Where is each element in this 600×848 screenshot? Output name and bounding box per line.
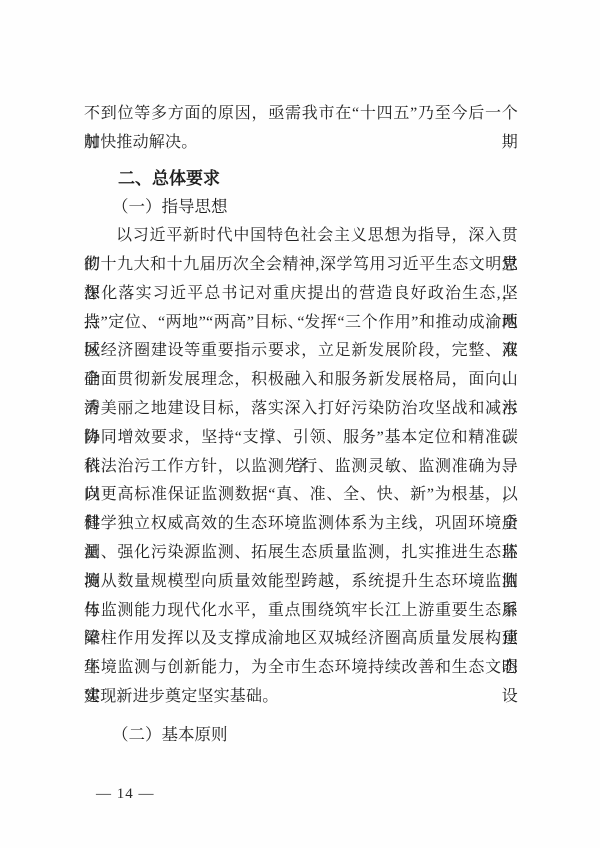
text-line: 与监测能力现代化水平，重点围绕筑牢长江上游重要生态屏障顶 xyxy=(84,597,518,626)
text-line: 测、强化污染源监测、拓展生态质量监测，扎实推进生态环境监 xyxy=(84,539,518,568)
text-line: 测从数量规模型向质量效能型跨越，系统提升生态环境监测体系 xyxy=(84,568,518,597)
text-line: 秀美丽之地建设目标，落实深入打好污染防治攻坚战和减污降碳 xyxy=(84,395,518,424)
text-line: 城经济圈建设等重要指示要求，立足新发展阶段，完整、准确、 xyxy=(84,337,518,366)
text-line: 的十九大和十九届历次全会精神,深学笃用习近平生态文明思想， xyxy=(84,251,518,280)
page-number: — 14 — xyxy=(96,786,155,802)
document-content: 不到位等多方面的原因，亟需我市在“十四五”乃至今后一个时期加快推动解决。 二、总… xyxy=(84,100,518,750)
text-line: 依法治污工作方针，以监测先行、监测灵敏、监测准确为导向， xyxy=(84,453,518,482)
text-line: 全面贯彻新发展理念，积极融入和服务新发展格局，面向山清水 xyxy=(84,366,518,395)
text-line: 环境监测与创新能力，为全市生态环境持续改善和生态文明建设 xyxy=(84,654,518,683)
document-page: 不到位等多方面的原因，亟需我市在“十四五”乃至今后一个时期加快推动解决。 二、总… xyxy=(0,0,600,848)
text-line: 点”定位、“两地”“两高”目标、发挥“三个作用”和推动成渝地区双 xyxy=(84,309,518,338)
text-line: 不到位等多方面的原因，亟需我市在“十四五”乃至今后一个时期 xyxy=(84,100,518,129)
text-line: 梁柱作用发挥以及支撑成渝地区双城经济圈高质量发展构建生态 xyxy=(84,625,518,654)
paragraph-guiding-ideology: 以习近平新时代中国特色社会主义思想为指导，深入贯彻党的十九大和十九届历次全会精神… xyxy=(84,222,518,712)
text-line: 协同增效要求，坚持“支撑、引领、服务”基本定位和精准、科学、 xyxy=(84,424,518,453)
subsection-heading-guiding-ideology: （一）指导思想 xyxy=(84,193,518,222)
text-line: 深化落实习近平总书记对重庆提出的营造良好政治生态,坚持“两 xyxy=(84,280,518,309)
paragraph-continuation: 不到位等多方面的原因，亟需我市在“十四五”乃至今后一个时期加快推动解决。 xyxy=(84,100,518,158)
section-heading-overall-requirements: 二、总体要求 xyxy=(84,165,518,194)
page-footer: — 14 — xyxy=(96,784,155,804)
text-line: 以更高标准保证监测数据“真、准、全、快、新”为根基，以健全 xyxy=(84,481,518,510)
subsection-heading-basic-principles: （二）基本原则 xyxy=(84,721,518,750)
text-line: 科学独立权威高效的生态环境监测体系为主线，巩固环境质量监 xyxy=(84,510,518,539)
text-line: 以习近平新时代中国特色社会主义思想为指导，深入贯彻党 xyxy=(84,222,518,251)
